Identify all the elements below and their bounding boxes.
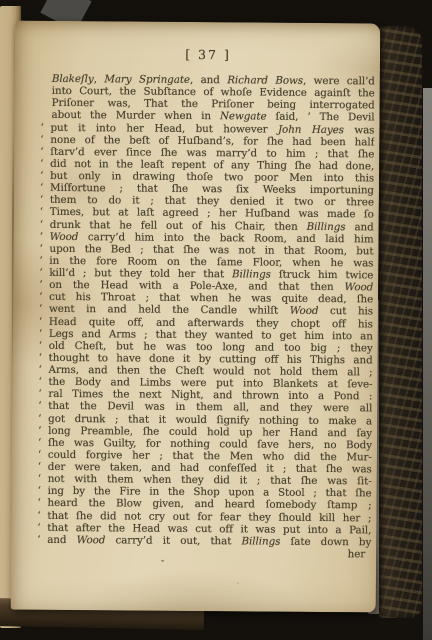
italic-text: Newgate xyxy=(220,111,267,123)
quote-mark: ‘ xyxy=(38,461,48,473)
quote-mark: ‘ xyxy=(39,315,49,327)
quote-mark: ‘ xyxy=(40,170,50,182)
quote-mark: ‘ xyxy=(37,509,47,521)
body-text: carry’d it out, that xyxy=(105,534,241,547)
quote-mark: ‘ xyxy=(40,194,50,206)
quote-mark: ‘ xyxy=(39,364,49,376)
body-text: , xyxy=(94,73,105,85)
text-block: [ 37 ] Blakeſly, Mary Springate, and Ric… xyxy=(37,47,375,561)
body-text: ſtruck him twice xyxy=(271,269,374,282)
quote-mark: ‘ xyxy=(39,291,49,303)
quote-mark: ‘ xyxy=(38,485,48,497)
quote-mark: ‘ xyxy=(39,255,49,267)
italic-text: Blakeſly xyxy=(52,73,94,85)
quote-mark: ‘ xyxy=(39,303,49,315)
quote-mark: ‘ xyxy=(40,182,50,194)
body-text: ſate down by xyxy=(280,535,371,548)
italic-text: Wood xyxy=(344,281,373,293)
quote-mark: ‘ xyxy=(38,400,48,412)
quote-mark: ‘ xyxy=(38,388,48,400)
italic-text: Mary Springate xyxy=(104,73,190,86)
paper-speck xyxy=(237,582,239,584)
italic-text: Billings xyxy=(307,220,346,232)
body-text: , were call’d xyxy=(303,75,375,88)
body-text: was xyxy=(344,124,375,136)
quote-mark: ‘ xyxy=(38,412,48,424)
italic-text: Wood xyxy=(50,230,79,242)
quote-mark: ‘ xyxy=(39,340,49,352)
body-text: cut his xyxy=(318,305,373,317)
quote-mark: ‘ xyxy=(40,146,50,158)
page-number: [ 37 ] xyxy=(41,47,375,64)
quote-mark: ‘ xyxy=(38,473,48,485)
quote-mark: ‘ xyxy=(38,424,48,436)
quote-mark: ‘ xyxy=(37,497,47,509)
quote-mark: ‘ xyxy=(38,437,48,449)
italic-text: Billings xyxy=(241,535,280,547)
italic-text: Billings xyxy=(232,268,271,280)
body-text: ſaid, ‘ The Devil xyxy=(266,111,374,124)
body-text: and xyxy=(345,221,373,233)
quote-mark: ‘ xyxy=(40,133,50,145)
quote-mark: ‘ xyxy=(39,267,49,279)
body-text: , and xyxy=(190,74,227,86)
quote-mark: ‘ xyxy=(40,206,50,218)
quote-mark: ‘ xyxy=(40,218,50,230)
quote-mark: ‘ xyxy=(37,521,47,533)
italic-text: Wood xyxy=(290,305,319,317)
paper-speck xyxy=(161,560,164,562)
quote-mark: ‘ xyxy=(40,158,50,170)
italic-text: John Hayes xyxy=(278,123,344,136)
lines: Blakeſly, Mary Springate, and Richard Bo… xyxy=(37,73,375,548)
quote-mark: ‘ xyxy=(40,230,50,242)
book-binding-edge xyxy=(379,26,422,618)
quote-mark: ‘ xyxy=(39,352,49,364)
quote-mark: ‘ xyxy=(37,534,47,546)
quote-mark: ‘ xyxy=(38,449,48,461)
italic-text: Richard Bows xyxy=(227,74,303,87)
body-text: and xyxy=(47,534,76,546)
book-page: [ 37 ] Blakeſly, Mary Springate, and Ric… xyxy=(11,21,381,613)
photo-right-edge xyxy=(423,88,432,640)
quote-mark: ‘ xyxy=(39,243,49,255)
quote-mark: ‘ xyxy=(39,279,49,291)
book-photograph: [ 37 ] Blakeſly, Mary Springate, and Ric… xyxy=(0,0,432,640)
quote-mark: ‘ xyxy=(38,376,48,388)
quote-mark: ‘ xyxy=(39,327,49,339)
quote-mark: ‘ xyxy=(40,121,50,133)
italic-text: Wood xyxy=(77,534,106,546)
